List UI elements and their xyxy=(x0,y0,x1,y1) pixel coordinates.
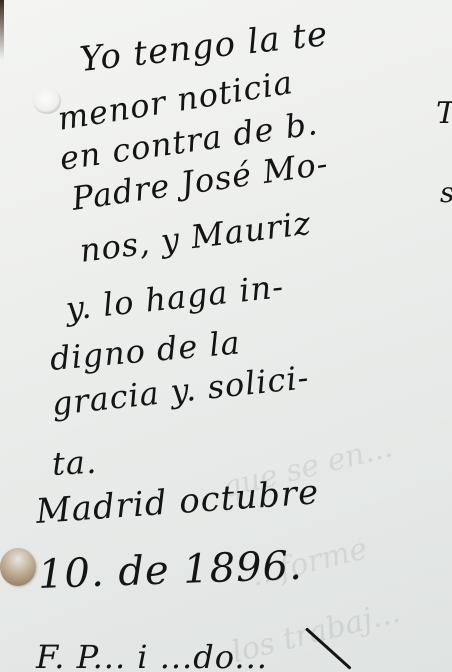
handwriting-line: 10. de 1896. xyxy=(37,543,303,598)
punch-hole-bottom xyxy=(0,548,36,586)
handwriting-line: Yo tengo la te xyxy=(78,14,330,80)
handwriting-line: nos, y Mauriz xyxy=(78,204,314,270)
handwriting-line: F. P... i ...do... xyxy=(36,638,268,672)
handwriting-line: ta. xyxy=(51,443,98,483)
table-edge xyxy=(0,0,4,60)
handwriting-line: T xyxy=(436,96,452,131)
handwriting-line: y. lo haga in- xyxy=(64,267,286,328)
paper-sheet: que se en... ...forme los trabaj... Yo t… xyxy=(0,0,452,672)
handwriting-line: s xyxy=(440,176,452,209)
